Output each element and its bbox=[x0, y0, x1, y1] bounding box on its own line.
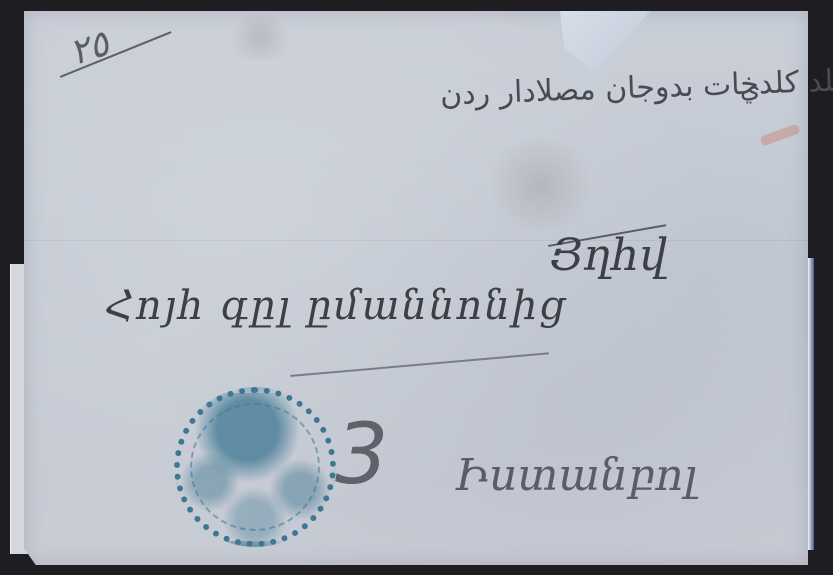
fold-crease bbox=[24, 240, 808, 241]
rate-numeral: 3 bbox=[335, 405, 388, 503]
ottoman-script-mark: ي bbox=[740, 74, 760, 104]
seal-inner-ring bbox=[190, 403, 320, 531]
blue-seal-handstamp bbox=[174, 387, 336, 547]
ink-stain bbox=[225, 15, 295, 60]
address-city: Իստանբոլ bbox=[455, 450, 697, 501]
address-line-1: Յղհվ bbox=[550, 230, 667, 281]
water-stain bbox=[480, 140, 600, 230]
address-line-2: Հոյհ գըլ ըմաննոնից bbox=[105, 283, 567, 329]
